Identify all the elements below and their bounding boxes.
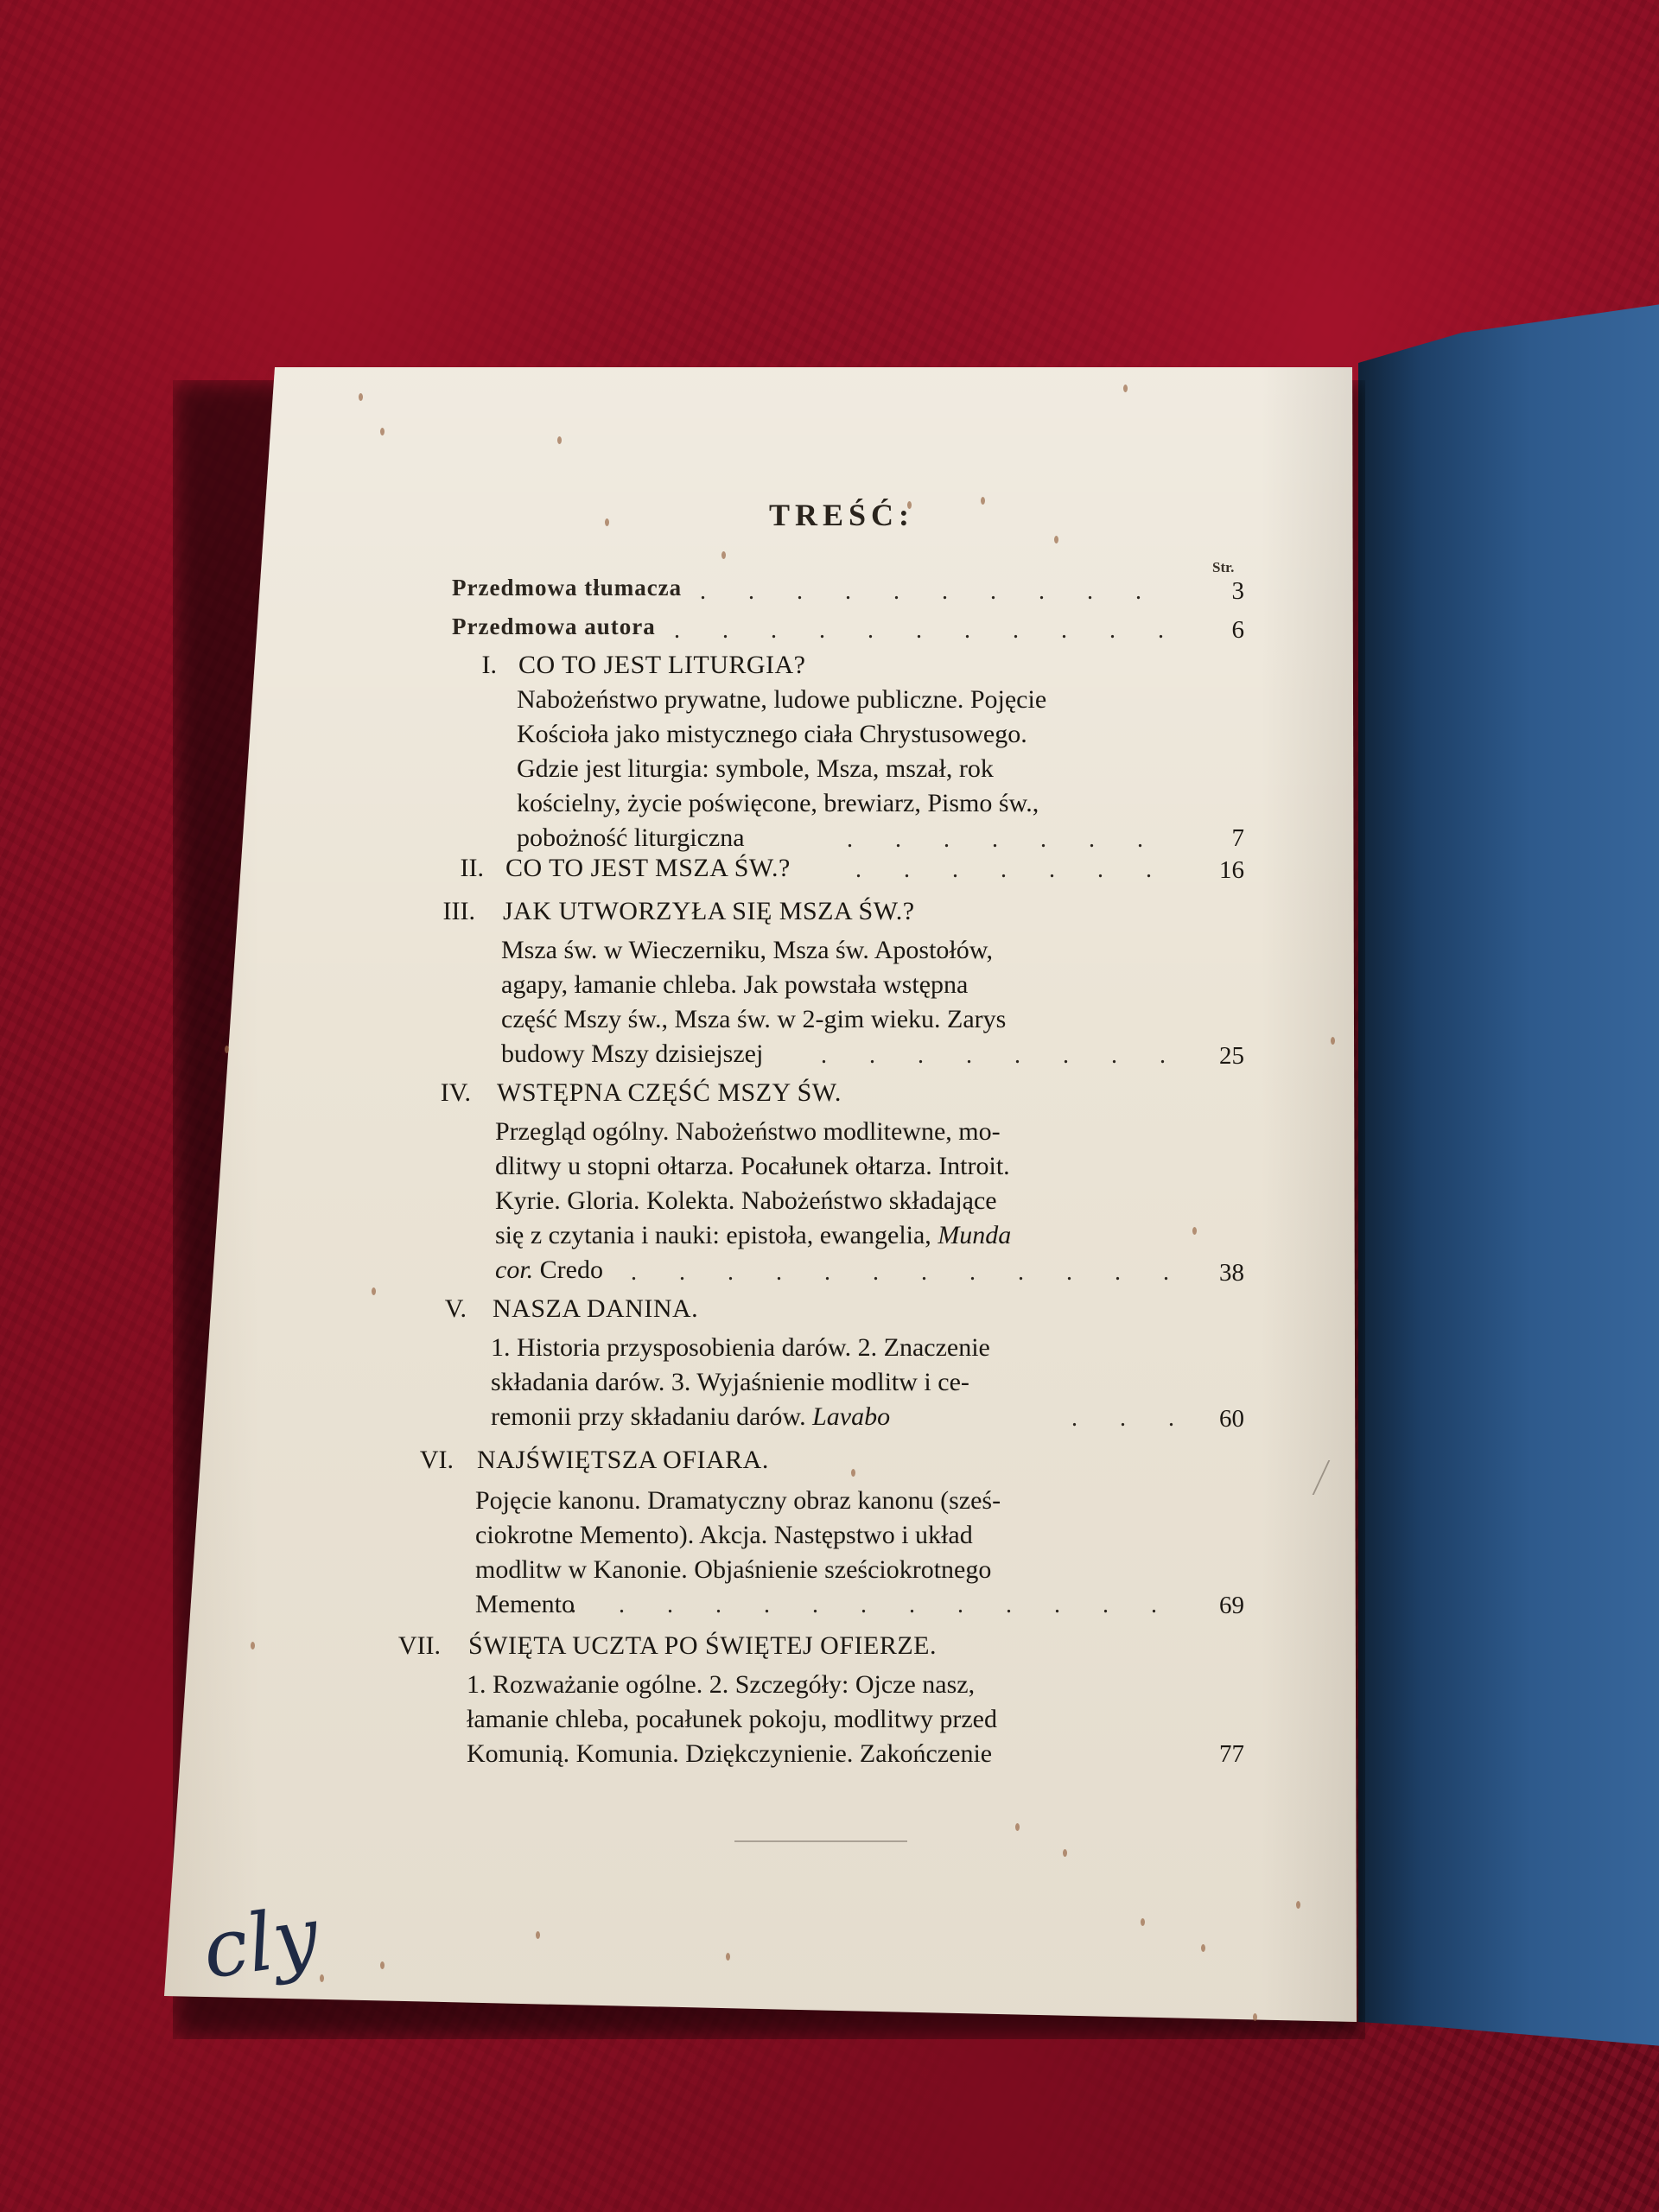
chapter-title: CO TO JEST MSZA ŚW.? — [505, 851, 791, 886]
handwritten-mark: cly — [197, 1889, 324, 1996]
chapter-number: I. — [436, 648, 497, 683]
page-number: 6 — [1188, 616, 1244, 645]
chapter-title: JAK UTWORZYŁA SIĘ MSZA ŚW.? — [503, 894, 915, 929]
chapter-title: ŚWIĘTA UCZTA PO ŚWIĘTEJ OFIERZE. — [468, 1629, 937, 1663]
dot-leader: . . . . . . . . . . . . . — [570, 1588, 1184, 1623]
chapter-title: NASZA DANINA. — [493, 1292, 698, 1326]
preface-label: Przedmowa tłumacza — [452, 575, 682, 601]
page-number: 3 — [1188, 577, 1244, 606]
chapter-number: VI. — [393, 1443, 454, 1478]
page-number: 7 — [1188, 821, 1244, 855]
page-number: 16 — [1188, 853, 1244, 887]
page-number: 69 — [1188, 1588, 1244, 1623]
dot-leader: . . . . . . . . . . . . . — [1071, 1402, 1184, 1436]
toc-title: TREŚĆ: — [769, 497, 914, 533]
dot-leader: . . . . . . . . . . . . . — [855, 853, 1184, 887]
page-number: 60 — [1188, 1402, 1244, 1436]
page-number: 77 — [1188, 1737, 1244, 1771]
dot-leader: . . . . . . . . . . . . . — [631, 1255, 1184, 1290]
chapter-description: 1. Rozważanie ogólne. 2. Szczegóły: Ojcz… — [467, 1668, 1175, 1771]
chapter-title: CO TO JEST LITURGIA? — [518, 648, 806, 683]
table-of-contents: TREŚĆ: Str. Przedmowa tłumacza . . . . .… — [164, 367, 1357, 2022]
page-number: 25 — [1188, 1039, 1244, 1073]
page-column-label: Str. — [1212, 559, 1234, 576]
dot-leader: . . . . . . . . . . . . . — [674, 617, 1184, 645]
chapter-title: WSTĘPNA CZĘŚĆ MSZY ŚW. — [497, 1076, 842, 1110]
chapter-number: III. — [415, 894, 475, 929]
chapter-number: VII. — [380, 1629, 441, 1663]
chapter-title: NAJŚWIĘTSZA OFIARA. — [477, 1443, 769, 1478]
chapter-number: II. — [423, 851, 484, 886]
dot-leader: . . . . . . . . . . . . . — [821, 1039, 1184, 1073]
chapter-number: V. — [406, 1292, 467, 1326]
dot-leader: . . . . . . . . . . . . . — [700, 578, 1184, 606]
chapter-number: IV. — [410, 1076, 471, 1110]
closing-rule — [734, 1840, 907, 1842]
dot-leader: . . . . . . . . . . . . . — [847, 823, 1184, 857]
blue-book-cover — [1358, 0, 1659, 2212]
page-number: 38 — [1188, 1255, 1244, 1290]
preface-label: Przedmowa autora — [452, 613, 656, 640]
